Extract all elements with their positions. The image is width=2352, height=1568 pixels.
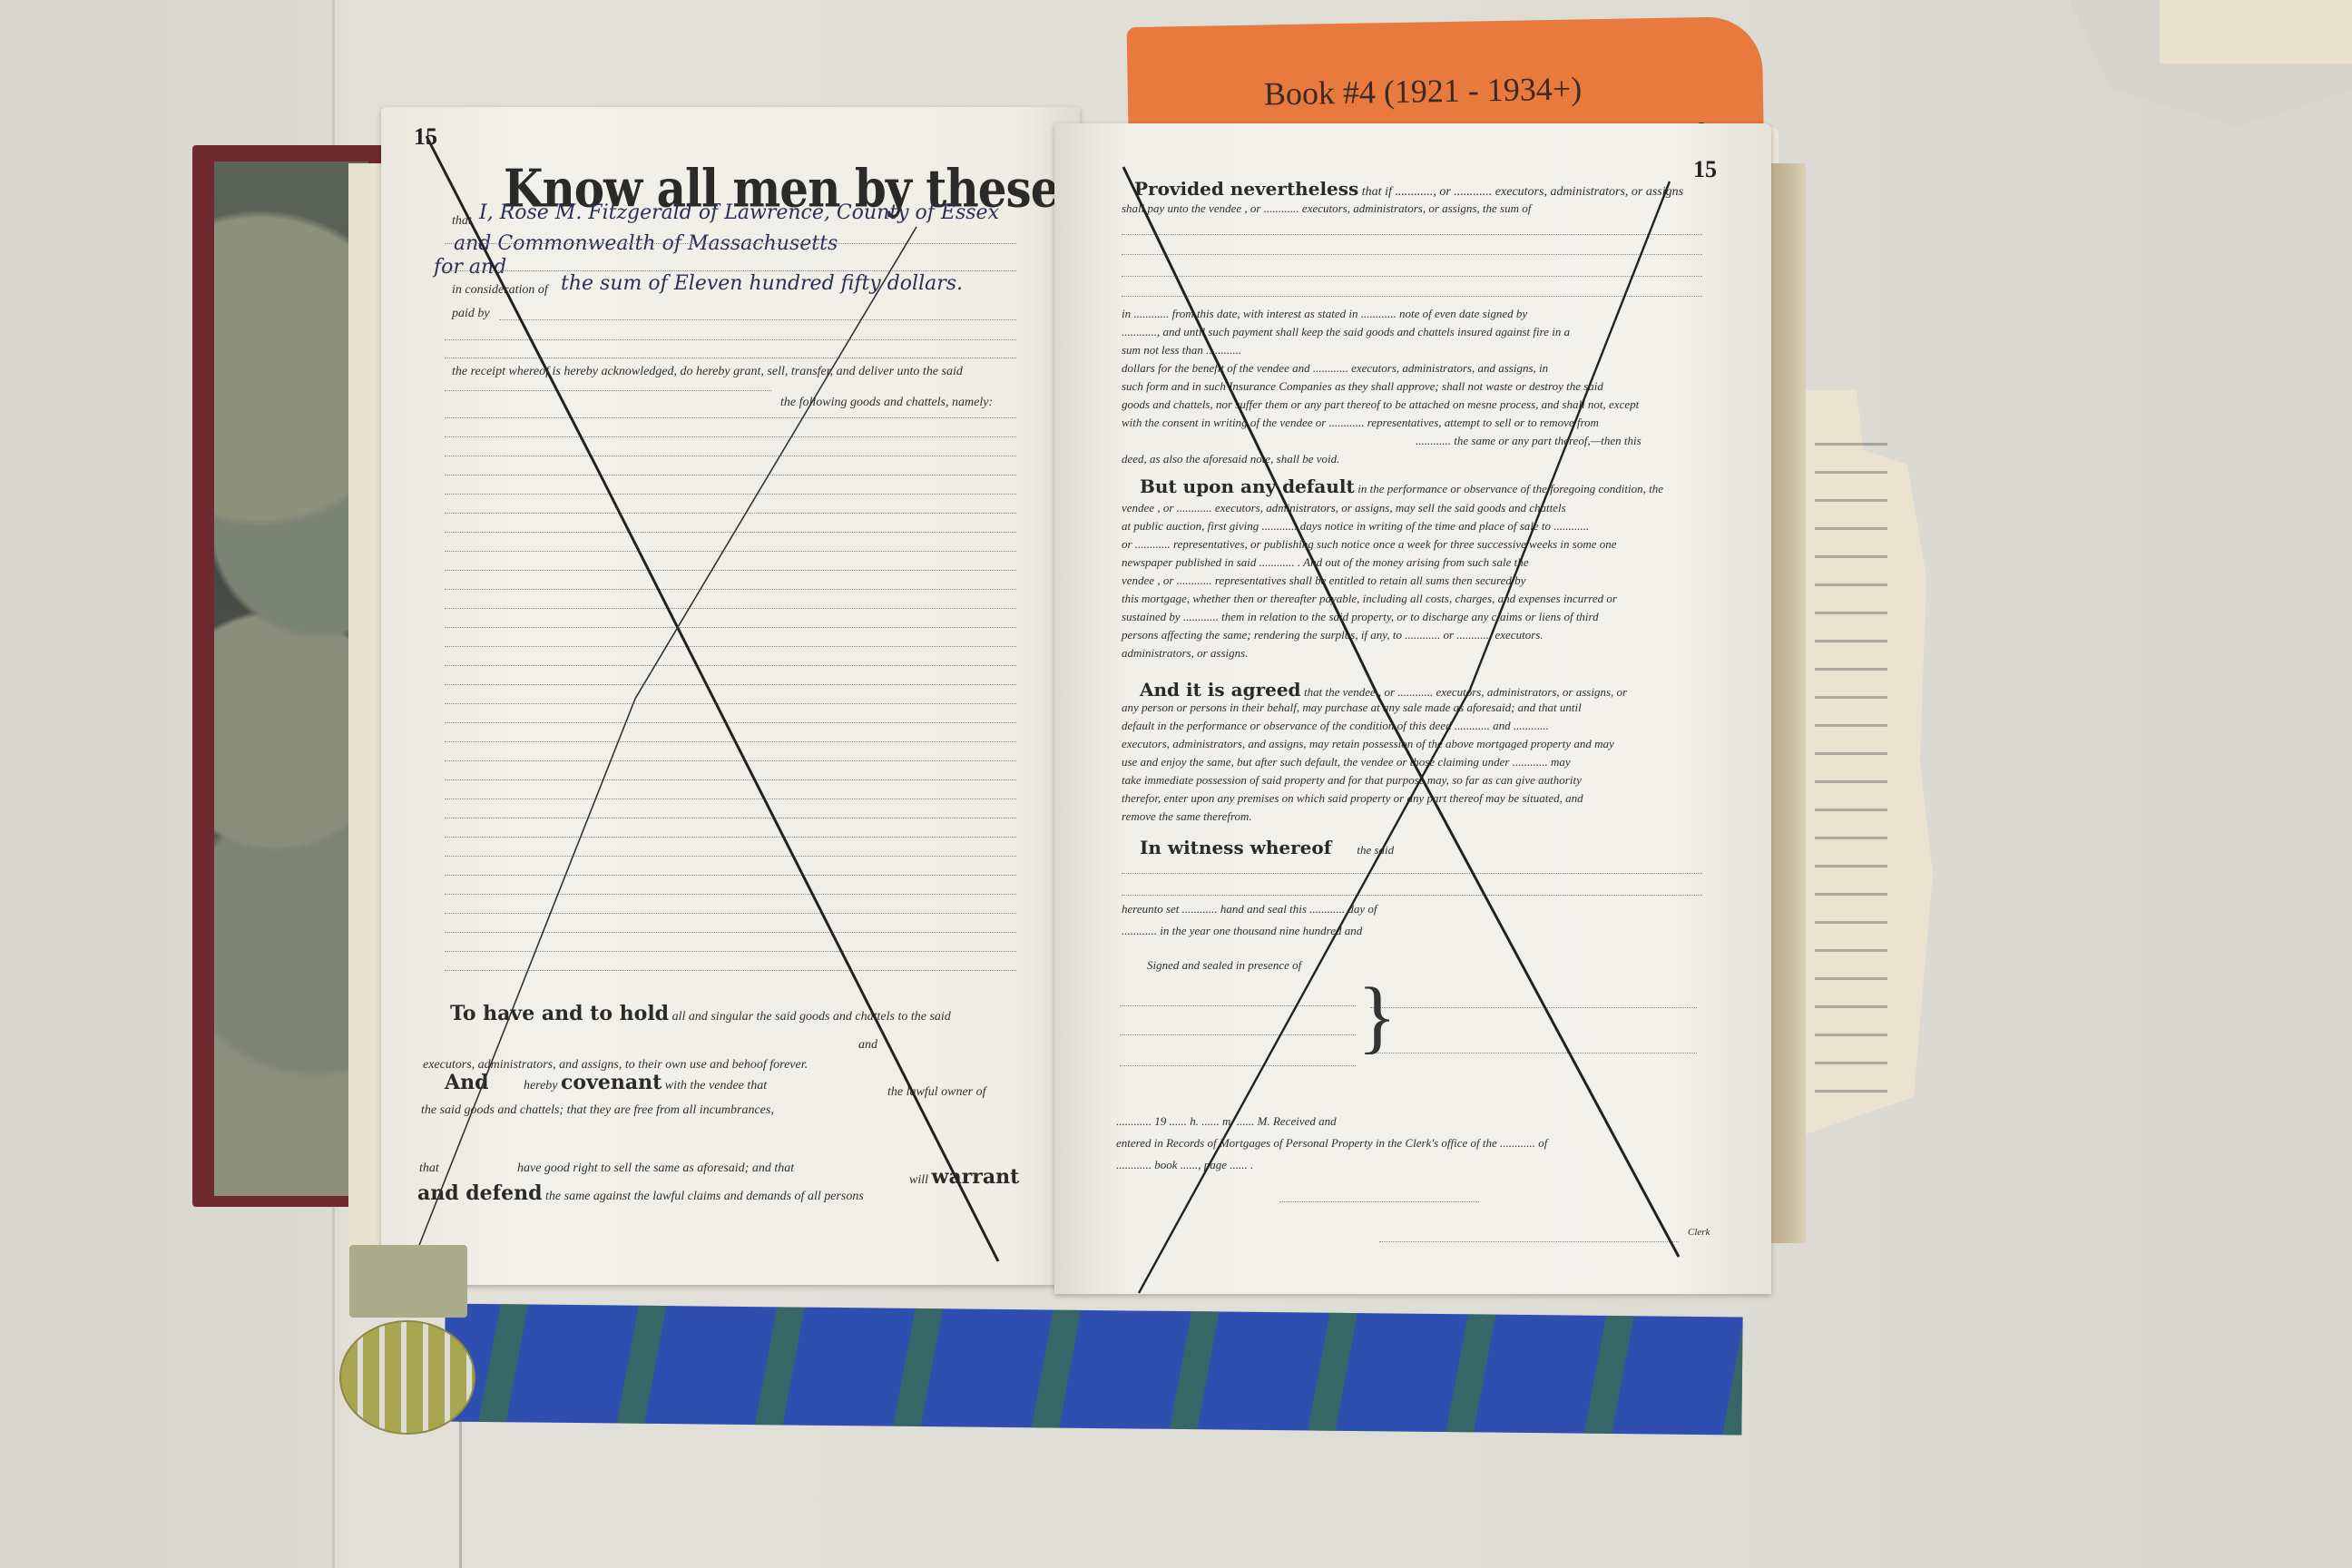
clerk-label: Clerk: [1688, 1227, 1710, 1238]
body-text: goods and chattels, nor suffer them or a…: [1122, 397, 1639, 412]
ruled-line: [445, 665, 1016, 666]
body-text: that the vendee , or ............ execut…: [1304, 685, 1627, 699]
ruled-line: [445, 799, 1016, 799]
body-text: default in the performance or observance…: [1122, 719, 1549, 733]
ruled-line: [445, 913, 1016, 914]
body-text: the following goods and chattels, namely…: [780, 396, 993, 410]
body-text: the said: [1357, 843, 1394, 857]
section-heading: Provided nevertheless: [1134, 178, 1358, 200]
ruled-line: [445, 703, 1016, 704]
body-text: the lawful owner of: [887, 1085, 986, 1100]
table-seam: [459, 1416, 462, 1568]
ruled-line: [445, 856, 1016, 857]
ruled-line: [445, 875, 1016, 876]
body-text: executors, administrators, and assigns, …: [1122, 737, 1614, 751]
label-tab-title: Book #4 (1921 - 1934+): [1264, 69, 1583, 113]
body-text: newspaper published in said ............…: [1122, 555, 1528, 570]
torn-insert-handwriting: [1815, 417, 1887, 1107]
section-heading: In witness whereof: [1140, 837, 1331, 858]
ruled-line: [445, 646, 1016, 647]
body-text: sum not less than ............: [1122, 343, 1241, 358]
body-text: such form and in such Insurance Companie…: [1122, 379, 1603, 394]
body-text: will: [909, 1173, 928, 1187]
body-text: persons affecting the same; rendering th…: [1122, 628, 1543, 642]
ruled-line: [445, 589, 1016, 590]
body-text: hereunto set ............ hand and seal …: [1122, 902, 1377, 916]
body-text: use and enjoy the same, but after such d…: [1122, 755, 1571, 769]
ruled-line: [445, 475, 1016, 475]
label: in consideration of: [452, 283, 548, 298]
section-heading: covenant: [561, 1071, 661, 1094]
body-text: Signed and sealed in presence of: [1147, 958, 1301, 973]
body-text: take immediate possession of said proper…: [1122, 773, 1582, 788]
ruled-line: [445, 684, 1016, 685]
marbled-endpaper: [214, 162, 368, 1196]
body-text: all and singular the said goods and chat…: [672, 1010, 951, 1024]
body-text: with the consent in writing of the vende…: [1122, 416, 1599, 430]
ruled-line: [445, 532, 1016, 533]
body-text: have good right to sell the same as afor…: [517, 1161, 794, 1176]
ruled-line: [445, 741, 1016, 742]
body-text: that: [419, 1161, 439, 1176]
binder-clip[interactable]: [349, 1245, 467, 1318]
body-text: vendee , or ............ representatives…: [1122, 573, 1525, 588]
label: paid by: [452, 307, 490, 321]
ruled-line: [445, 417, 1016, 418]
section-heading: And: [445, 1071, 488, 1094]
body-text: in ............ from this date, with int…: [1122, 307, 1527, 321]
label: that: [452, 214, 472, 229]
body-text: remove the same therefrom.: [1122, 809, 1252, 824]
ruled-line: [445, 608, 1016, 609]
body-text: entered in Records of Mortgages of Perso…: [1116, 1136, 1547, 1151]
body-text: hereby: [524, 1079, 558, 1093]
page-number: 15: [1693, 156, 1717, 183]
blue-painters-tape: [444, 1304, 1742, 1436]
body-text: the said goods and chattels; that they a…: [421, 1103, 774, 1118]
body-text: shall pay unto the vendee , or .........…: [1122, 201, 1531, 216]
body-text: the same against the lawful claims and d…: [545, 1190, 864, 1203]
handwritten-line: for and: [434, 256, 506, 279]
body-text: or ............ representatives, or publ…: [1122, 537, 1617, 552]
section-heading: To have and to hold: [450, 1002, 669, 1025]
body-text: at public auction, first giving ........…: [1122, 519, 1589, 534]
ruled-line: [445, 570, 1016, 571]
handwritten-line: I, Rose M. Fitzgerald of Lawrence, Count…: [479, 201, 999, 224]
ruled-line: [445, 456, 1016, 456]
handwritten-line: the sum of Eleven hundred fifty dollars.: [561, 272, 963, 295]
body-text: the receipt whereof is hereby acknowledg…: [452, 365, 963, 379]
page-edges: [348, 163, 381, 1252]
body-text: ............ in the year one thousand ni…: [1122, 924, 1362, 938]
body-text: with the vendee that: [665, 1079, 767, 1093]
body-text: vendee , or ............ executors, admi…: [1122, 501, 1566, 515]
body-text: administrators, or assigns.: [1122, 646, 1248, 661]
body-text: deed, as also the aforesaid note, shall …: [1122, 452, 1339, 466]
ruled-line: [445, 627, 1016, 628]
ruled-line: [445, 513, 1016, 514]
ruled-line: [445, 932, 1016, 933]
ruled-line: [445, 551, 1016, 552]
ruled-line: [445, 436, 1016, 437]
ruled-line: [445, 818, 1016, 818]
body-text: that if ............, or ............ ex…: [1362, 185, 1683, 199]
ruled-line: [445, 837, 1016, 838]
body-text: any person or persons in their behalf, m…: [1122, 701, 1582, 715]
page-number: 15: [414, 123, 437, 151]
decorative-clip-disc: [339, 1320, 475, 1435]
ruled-line: [445, 894, 1016, 895]
body-text: ............ the same or any part thereo…: [1416, 434, 1641, 448]
ruled-line: [445, 970, 1016, 971]
section-heading: and defend: [417, 1181, 543, 1205]
ruled-line: [445, 760, 1016, 761]
body-text: dollars for the benefit of the vendee an…: [1122, 361, 1548, 376]
section-heading: And it is agreed: [1140, 679, 1301, 701]
ruled-line: [445, 779, 1016, 780]
body-text: sustained by ............ them in relati…: [1122, 610, 1599, 624]
body-text: and: [858, 1038, 877, 1053]
section-heading: But upon any default: [1140, 475, 1355, 497]
ruled-line: [445, 494, 1016, 495]
body-text: ............, and until such payment sha…: [1122, 325, 1570, 339]
ruled-line: [445, 951, 1016, 952]
body-text: therefor, enter upon any premises on whi…: [1122, 791, 1583, 806]
ruled-line: [445, 722, 1016, 723]
loose-paper: [2160, 0, 2352, 64]
brace: }: [1357, 976, 1396, 1058]
body-text: ............ 19 ...... h. ...... m. ....…: [1116, 1114, 1337, 1129]
body-text: in the performance or observance of the …: [1357, 482, 1663, 495]
section-heading: warrant: [932, 1165, 1020, 1189]
body-text: this mortgage, whether then or thereafte…: [1122, 592, 1617, 606]
body-text: ............ book ......, page ...... .: [1116, 1158, 1253, 1172]
